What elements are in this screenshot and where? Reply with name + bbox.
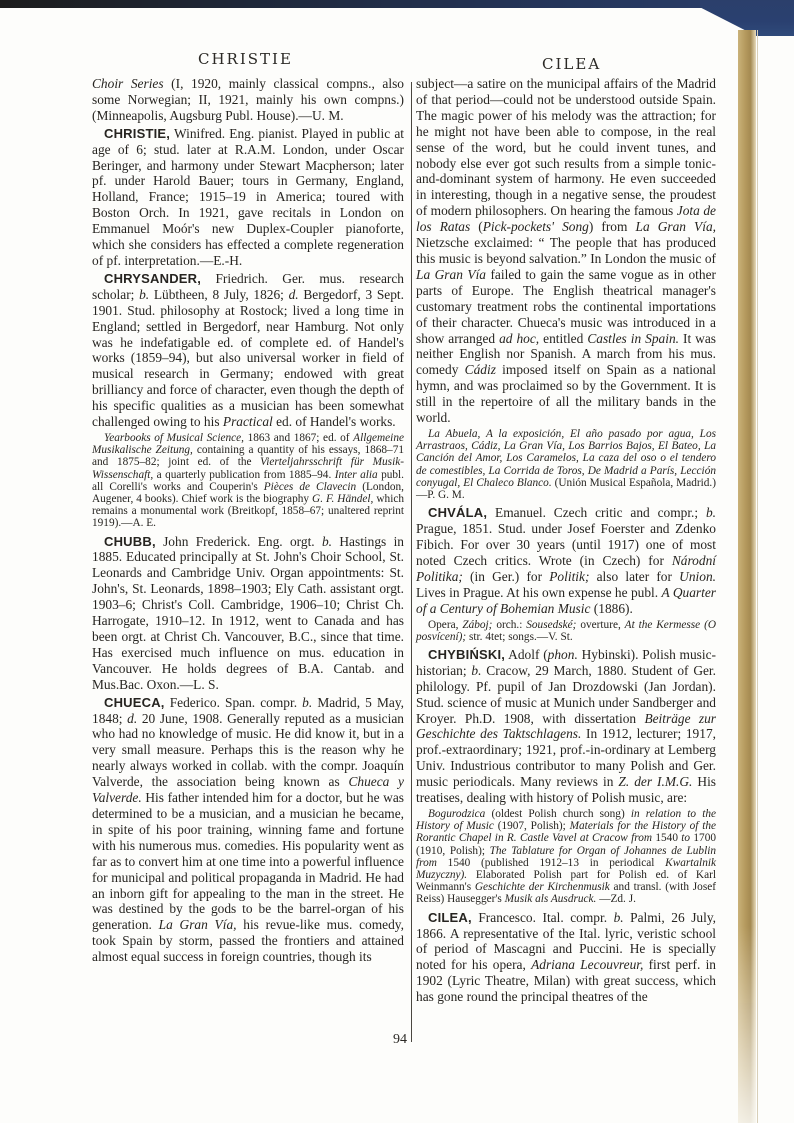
- entry-continuation-previous: Choir Series (I, 1920, mainly classical …: [92, 76, 404, 124]
- headword: CHRISTIE,: [104, 126, 170, 141]
- headword: CHUBB,: [104, 534, 156, 549]
- entry-chrysander: CHRYSANDER, Friedrich. Ger. mus. researc…: [92, 271, 404, 430]
- running-head-right: CILEA: [542, 55, 601, 73]
- column-divider: [411, 82, 412, 1042]
- left-column: Choir Series (I, 1920, mainly classical …: [92, 76, 404, 967]
- book-page-edge: [738, 30, 756, 1123]
- running-head-left: CHRISTIE: [198, 50, 293, 68]
- entry-chybinski: CHYBIŃSKI, Adolf (phon. Hybinski). Polis…: [416, 647, 716, 806]
- entry-christie: CHRISTIE, Winifred. Eng. pianist. Played…: [92, 126, 404, 269]
- headword: CHRYSANDER,: [104, 271, 201, 286]
- headword: CILEA,: [428, 910, 472, 925]
- entry-chubb: CHUBB, John Frederick. Eng. orgt. b. Has…: [92, 534, 404, 693]
- page-number: 94: [393, 1032, 407, 1048]
- headword: CHUECA,: [104, 695, 165, 710]
- right-column: subject—a satire on the municipal affair…: [416, 76, 716, 1007]
- book-page-edge-line: [757, 30, 758, 1123]
- background-fabric-top: [0, 0, 794, 8]
- entry-chvala-works-note: Opera, Záboj; orch.: Sousedské; overture…: [416, 619, 716, 643]
- entry-chybinski-works-note: Bogurodzica (oldest Polish church song) …: [416, 808, 716, 906]
- headword: CHYBIŃSKI,: [428, 647, 505, 662]
- entry-chvala: CHVÁLA, Emanuel. Czech critic and compr.…: [416, 505, 716, 616]
- entry-chueca-works-note: La Abuela, A la exposición, El año pasad…: [416, 428, 716, 501]
- entry-chueca: CHUECA, Federico. Span. compr. b. Madrid…: [92, 695, 404, 965]
- headword: CHVÁLA,: [428, 505, 487, 520]
- entry-cilea: CILEA, Francesco. Ital. compr. b. Palmi,…: [416, 910, 716, 1005]
- entry-chueca-continued: subject—a satire on the municipal affair…: [416, 76, 716, 426]
- entry-chrysander-works-note: Yearbooks of Musical Science, 1863 and 1…: [92, 432, 404, 530]
